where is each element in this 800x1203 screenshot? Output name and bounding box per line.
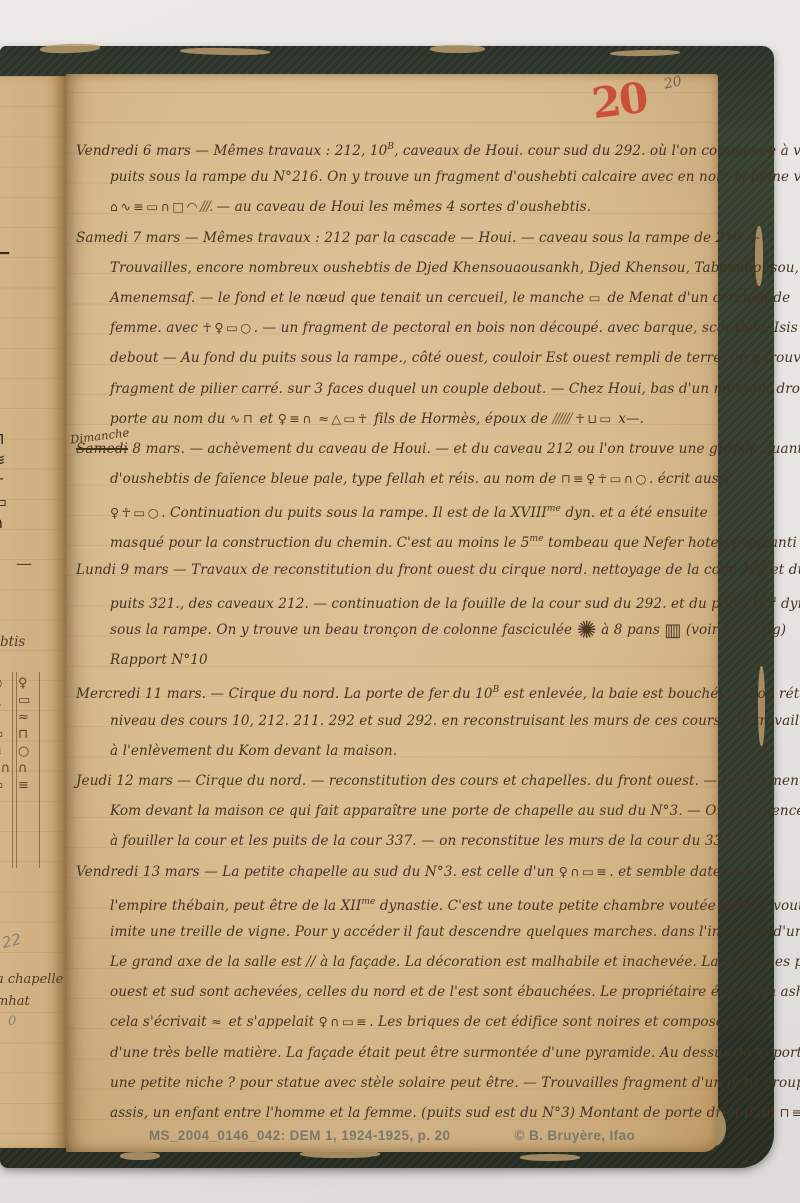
margin-hieroglyph-columns: ○△⊓▭≡☥∩▭ ♀▭≈⊓○∩≡ <box>0 672 40 868</box>
journal-line: l'empire thébain, peut être de la XIIme … <box>76 887 716 917</box>
fluted-column-section-sketch: ✺ <box>577 616 597 644</box>
hieroglyph-column: ○△⊓▭≡☥∩▭ <box>0 672 13 868</box>
hieroglyphs-inline: ∿⊓ <box>230 411 255 426</box>
handwritten-text: tombeau que Nefer hotep a anéanti <box>544 535 797 551</box>
superscript-text: m <box>768 595 777 605</box>
journal-line: debout — Au fond du puits sous la rampe.… <box>76 343 716 373</box>
margin-pencil-note: 22 <box>0 930 23 952</box>
journal-line: fragment de pilier carré. sur 3 faces du… <box>76 374 716 404</box>
journal-line: Vendredi 13 mars — La petite chapelle au… <box>76 857 716 887</box>
handwritten-text: assis, un enfant entre l'homme et la fem… <box>110 1105 779 1121</box>
handwritten-text: puits sous la rampe du N°216. On y trouv… <box>110 169 800 185</box>
handwritten-text: fragment de pilier carré. sur 3 faces du… <box>110 381 800 397</box>
handwritten-text: cela s'écrivait <box>110 1014 211 1030</box>
journal-line: Amenemsaf. — le fond et le nœud que tena… <box>76 283 716 313</box>
handwritten-text: est enlevée, la baie est bouchée et l'on… <box>499 686 800 702</box>
journal-line: assis, un enfant entre l'homme et la fem… <box>76 1098 716 1128</box>
hatch-marks: ///. <box>200 199 212 215</box>
handwritten-text: Jeudi 12 mars — Cirque du nord. — recons… <box>76 773 800 789</box>
handwritten-text: et s'appelait <box>224 1014 319 1030</box>
page-number-red: 20 <box>589 77 648 125</box>
handwritten-text: Samedi 7 mars — Mêmes travaux : 212 par … <box>76 230 760 246</box>
cover-wear-patch <box>120 1152 160 1160</box>
journal-line: Samedi 7 mars — Mêmes travaux : 212 par … <box>76 223 716 253</box>
facing-page-edge: ⌐ ⊓≋☥▭∩ — btis ○△⊓▭≡☥∩▭ ♀▭≈⊓○∩≡ 22 a cha… <box>0 76 66 1148</box>
handwritten-text: dynastie. C'est une toute petite chambre… <box>375 898 800 914</box>
hieroglyphs-inline: ☥⊔▭ <box>575 411 613 426</box>
handwritten-text: Vendredi 13 mars — La petite chapelle au… <box>76 864 559 880</box>
handwritten-text: — au caveau de Houi les mêmes 4 sortes d… <box>212 199 591 215</box>
journal-line: sous la rampe. On y trouve un beau tronç… <box>76 615 716 645</box>
handwritten-text: (voir p. 23 fig) <box>681 622 786 638</box>
superscript-text: me <box>547 504 561 514</box>
handwritten-text: dyn. <box>777 596 800 612</box>
margin-mark: ⌐ <box>0 244 11 265</box>
hieroglyphs-inline: ≈ <box>211 1014 224 1029</box>
handwritten-text: à l'enlèvement du Kom devant la maison. <box>110 743 397 759</box>
margin-word-mhat-cut: mhat <box>0 994 30 1009</box>
column-shaft-sketch: ▥ <box>664 620 681 641</box>
handwritten-text: . et semble dater du <box>609 864 749 880</box>
handwritten-text: x—. <box>614 411 644 427</box>
handwritten-text: Lundi 9 mars — Travaux de reconstitution… <box>76 562 800 578</box>
margin-word-oushebtis-cut: btis <box>0 634 25 650</box>
journal-line: niveau des cours 10, 212. 211. 292 et su… <box>76 706 716 736</box>
handwritten-text: . — un fragment de pectoral en bois non … <box>254 320 800 336</box>
journal-line: Jeudi 12 mars — Cirque du nord. — recons… <box>76 766 716 796</box>
caption-copyright: © B. Bruyère, Ifao <box>514 1128 635 1143</box>
handwritten-text: puits 321., des caveaux 212. — continuat… <box>110 596 768 612</box>
handwritten-text: d'une très belle matière. La façade étai… <box>110 1045 800 1061</box>
handwritten-text: . écrit aussi <box>649 471 730 487</box>
handwritten-text: Rapport N°10 <box>110 652 208 668</box>
cover-wear-patch <box>180 47 270 56</box>
hieroglyphs-inline: ☥♀▭○ <box>203 320 254 335</box>
handwritten-text: dyn. et a été ensuite <box>561 505 708 521</box>
handwritten-text: Le grand axe de la salle est // à la faç… <box>110 954 800 970</box>
caption-bar: MS_2004_0146_042: DEM 1, 1924-1925, p. 2… <box>66 1128 718 1143</box>
handwritten-text: une petite niche ? pour statue avec stèl… <box>110 1075 800 1091</box>
hieroglyphs-inline: ⊓≡♀☥▭∩○ <box>561 471 649 486</box>
cover-wear-patch <box>610 49 680 56</box>
hieroglyphs-inline: ♀≡∩ <box>278 411 314 426</box>
handwritten-text: Kom devant la maison ce qui fait apparaî… <box>110 803 800 819</box>
handwritten-text: et <box>255 411 278 427</box>
page-number-pencil: 20 <box>663 74 683 91</box>
handwritten-text: debout — Au fond du puits sous la rampe.… <box>110 350 800 366</box>
journal-line: Mercredi 11 mars. — Cirque du nord. La p… <box>76 675 716 705</box>
handwritten-text: imite une treille de vigne. Pour y accéd… <box>110 924 800 940</box>
handwritten-text: . Continuation du puits sous la rampe. I… <box>161 505 547 521</box>
journal-line: femme. avec ☥♀▭○. — un fragment de pecto… <box>76 313 716 343</box>
journal-line: à fouiller la cour et les puits de la co… <box>76 826 716 856</box>
hieroglyphs-inline: ⌂∿≡▭∩□◠ <box>110 199 200 214</box>
handwritten-text: masqué pour la construction du chemin. C… <box>110 535 530 551</box>
handwritten-text: l'empire thébain, peut être de la XII <box>110 898 361 914</box>
cover-wear-patch <box>758 666 765 746</box>
hieroglyphs-inline: ▭ <box>589 290 603 305</box>
handwritten-text: Trouvailles, encore nombreux oushebtis d… <box>110 260 800 276</box>
margin-dash: — <box>16 554 32 573</box>
handwritten-text: niveau des cours 10, 212. 211. 292 et su… <box>110 713 800 729</box>
journal-line: d'oushebtis de faïence bleue pale, type … <box>76 464 716 494</box>
journal-line: puits sous la rampe du N°216. On y trouv… <box>76 162 716 192</box>
superscript-text: me <box>530 534 544 544</box>
journal-line: ♀☥▭○. Continuation du puits sous la ramp… <box>76 494 716 524</box>
hatch-marks: ////// <box>553 411 571 427</box>
journal-line: Trouvailles, encore nombreux oushebtis d… <box>76 253 716 283</box>
handwritten-text: fils de Hormès, époux de <box>370 411 553 427</box>
handwritten-text: . Les briques de cet édifice sont noires… <box>369 1014 739 1030</box>
hieroglyphs-inline: ♀∩▭≡ <box>559 864 610 879</box>
caption-reference: MS_2004_0146_042: DEM 1, 1924-1925, p. 2… <box>149 1128 451 1143</box>
handwritten-text: , caveaux de Houi. cour sud du 292. où l… <box>394 143 800 159</box>
handwritten-text: d'oushebtis de faïence bleue pale, type … <box>110 471 561 487</box>
cover-wear-patch <box>430 45 485 53</box>
handwritten-text: Mercredi 11 mars. — Cirque du nord. La p… <box>76 686 493 702</box>
handwritten-text: à 8 pans <box>597 622 665 638</box>
journal-line: à l'enlèvement du Kom devant la maison. <box>76 736 716 766</box>
journal-line: puits 321., des caveaux 212. — continuat… <box>76 585 716 615</box>
margin-word-zero: 0 <box>8 1014 16 1029</box>
cover-wear-patch <box>40 43 100 54</box>
journal-line: DimancheSamedi 8 mars. — achèvement du c… <box>76 434 716 464</box>
journal-line: Kom devant la maison ce qui fait apparaî… <box>76 796 716 826</box>
journal-line: d'une très belle matière. La façade étai… <box>76 1038 716 1068</box>
handwritten-text: sous la rampe. On y trouve un beau tronç… <box>110 622 577 638</box>
cover-wear-patch <box>520 1154 580 1161</box>
handwritten-text: femme. avec <box>110 320 203 336</box>
journal-line: porte au nom du ∿⊓ et ♀≡∩ ≈△▭☥ fils de H… <box>76 404 716 434</box>
hieroglyphs-inline: ♀∩▭≡ <box>319 1014 370 1029</box>
journal-line: Lundi 9 mars — Travaux de reconstitution… <box>76 555 716 585</box>
journal-line: masqué pour la construction du chemin. C… <box>76 524 716 554</box>
journal-line: une petite niche ? pour statue avec stèl… <box>76 1068 716 1098</box>
margin-word-chapelle-cut: a chapelle <box>0 972 63 987</box>
journal-line: ouest et sud sont achevées, celles du no… <box>76 977 716 1007</box>
journal-entries: Vendredi 6 mars — Mêmes travaux : 212, 1… <box>76 132 716 1128</box>
journal-line: cela s'écrivait ≈ et s'appelait ♀∩▭≡. Le… <box>76 1007 716 1037</box>
handwritten-text: 8 mars. — achèvement du caveau de Houi. … <box>128 441 800 457</box>
journal-page: 20 20 Vendredi 6 mars — Mêmes travaux : … <box>66 74 718 1152</box>
journal-line: ⌂∿≡▭∩□◠///. — au caveau de Houi les même… <box>76 192 716 222</box>
hieroglyphs-inline: ♀☥▭○ <box>110 505 161 520</box>
handwritten-text: de Menat d'un cercueil de <box>603 290 790 306</box>
journal-line: imite une treille de vigne. Pour y accéd… <box>76 917 716 947</box>
journal-line: Vendredi 6 mars — Mêmes travaux : 212, 1… <box>76 132 716 162</box>
margin-hieroglyphs-block: ⊓≋☥▭∩ <box>0 428 16 533</box>
handwritten-text: Amenemsaf. — le fond et le nœud que tena… <box>110 290 589 306</box>
hieroglyph-column: ♀▭≈⊓○∩≡ <box>16 672 40 868</box>
handwritten-text: Vendredi 6 mars — Mêmes travaux : 212, 1… <box>76 143 387 159</box>
journal-line: Rapport N°10 <box>76 645 716 675</box>
handwritten-text: à fouiller la cour et les puits de la co… <box>110 833 736 849</box>
handwritten-text: ouest et sud sont achevées, celles du no… <box>110 984 800 1000</box>
hieroglyphs-inline: ⊓≡ <box>779 1105 800 1120</box>
hieroglyphs-inline: ≈△▭☥ <box>318 411 369 426</box>
superscript-text: me <box>361 897 375 907</box>
journal-line: Le grand axe de la salle est // à la faç… <box>76 947 716 977</box>
